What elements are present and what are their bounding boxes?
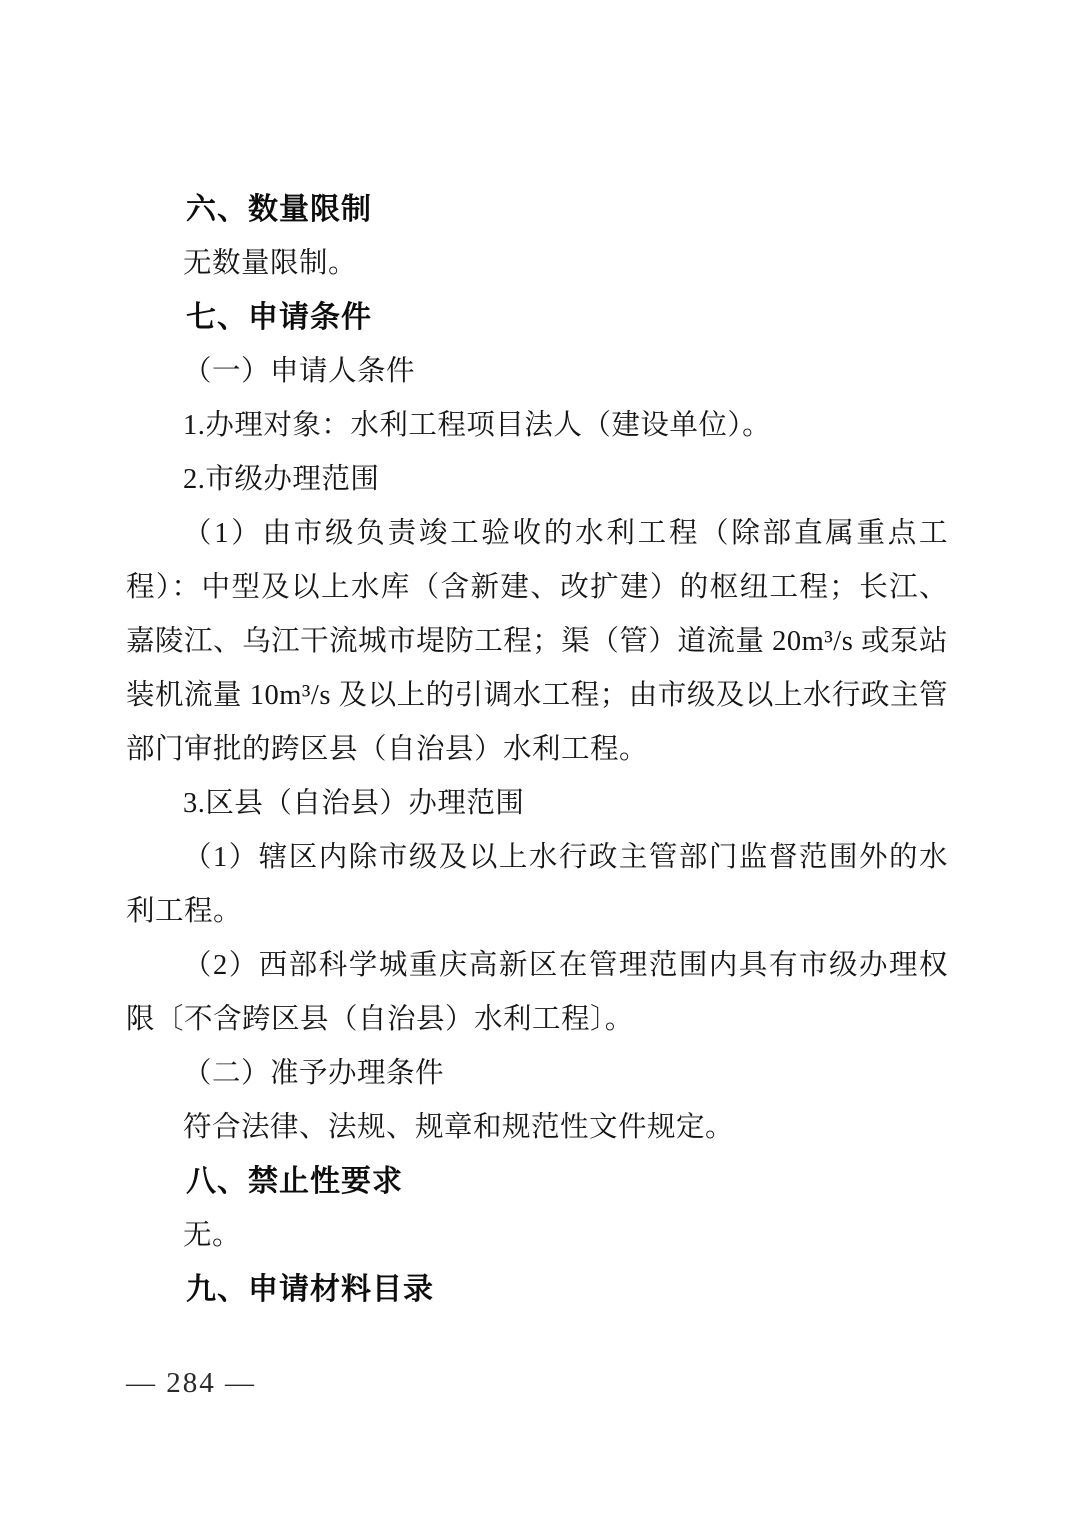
heading-section-9-application-materials: 九、申请材料目录 [126,1263,948,1317]
heading-section-7-application-conditions: 七、申请条件 [126,291,948,345]
document-body: 六、数量限制 无数量限制。 七、申请条件 （一）申请人条件 1.办理对象：水利工… [126,183,948,1317]
page-number: — 284 — [126,1367,256,1399]
page-footer: — 284 — [126,1356,256,1410]
para-none: 无。 [126,1209,948,1263]
para-applicant-conditions-subheading: （一）申请人条件 [126,345,948,399]
document-page: 六、数量限制 无数量限制。 七、申请条件 （一）申请人条件 1.办理对象：水利工… [0,0,1074,1520]
para-municipal-scope-subheading: 2.市级办理范围 [126,453,948,507]
para-approval-conditions-subheading: （二）准予办理条件 [126,1047,948,1101]
heading-section-8-prohibitive-requirements: 八、禁止性要求 [126,1155,948,1209]
para-county-scope-item-2: （2）西部科学城重庆高新区在管理范围内具有市级办理权限〔不含跨区县（自治县）水利… [126,939,948,1047]
para-handling-target: 1.办理对象：水利工程项目法人（建设单位）。 [126,399,948,453]
heading-section-6-quantity-limit: 六、数量限制 [126,183,948,237]
para-county-scope-item-1: （1）辖区内除市级及以上水行政主管部门监督范围外的水利工程。 [126,831,948,939]
para-municipal-scope-item-1: （1）由市级负责竣工验收的水利工程（除部直属重点工程）：中型及以上水库（含新建、… [126,507,948,777]
para-approval-conditions-body: 符合法律、法规、规章和规范性文件规定。 [126,1101,948,1155]
para-no-quantity-limit: 无数量限制。 [126,237,948,291]
para-county-scope-subheading: 3.区县（自治县）办理范围 [126,777,948,831]
